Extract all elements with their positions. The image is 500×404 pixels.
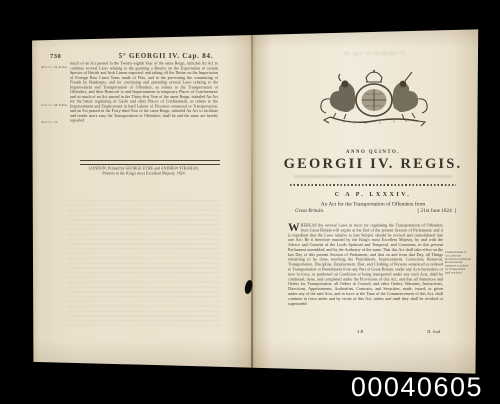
royal-coat-of-arms-icon [296,69,452,127]
ornament-rule [290,184,456,186]
enacting-text: HEREAS the several Laws in force for reg… [288,223,443,306]
page-number: 730 [50,53,61,60]
drop-cap: W [288,223,301,232]
margin-note: 43 G. 3. c. 15. [41,121,68,147]
regnal-title: GEORGII IV. REGIS. [266,156,480,173]
show-through-text [68,200,220,328]
act-title-place: Great Britain. [288,208,324,214]
archive-photo: 730 5° GEORGII IV. Cap. 84. 28 G. 3. c. … [0,0,500,404]
act-date: [ 21st June 1824. ] [417,208,458,214]
signature-line: 4 B II. And [288,329,443,336]
margin-note: Commencement of Act, under the Provision… [445,251,471,313]
chapter-heading: C A P. LXXXIV. [290,192,456,198]
catchword: II. And [427,329,440,334]
margin-note: 28 G. 3. c. 24. in Part. [41,66,68,92]
printer-imprint: LONDON: Printed by GEORGE EYRE and ANDRE… [68,166,220,180]
signature-mark: 4 B [357,329,363,334]
page-fold [251,28,253,375]
imprint-line: Printers to the King's most Excellent Ma… [102,171,185,176]
catalog-number: 00040605 [351,372,483,403]
document-spread: 730 5° GEORGII IV. Cap. 84. 28 G. 3. c. … [28,28,480,375]
enacting-paragraph: WHEREAS the several Laws in force for re… [288,223,443,329]
act-title-continued: Great Britain. [ 21st June 1824. ] [288,208,458,216]
show-through-smudge [294,175,452,178]
running-header: 5° GEORGII IV. Cap. 84. [86,52,246,60]
repeal-paragraph: much of an Act passed in the Twenty-eigh… [70,61,218,137]
imprint-rule [80,160,220,165]
show-through-header: 5° GEORGII IV. Cap. 84. [290,51,456,60]
imprint-line: LONDON: Printed by GEORGE EYRE and ANDRE… [89,166,199,171]
